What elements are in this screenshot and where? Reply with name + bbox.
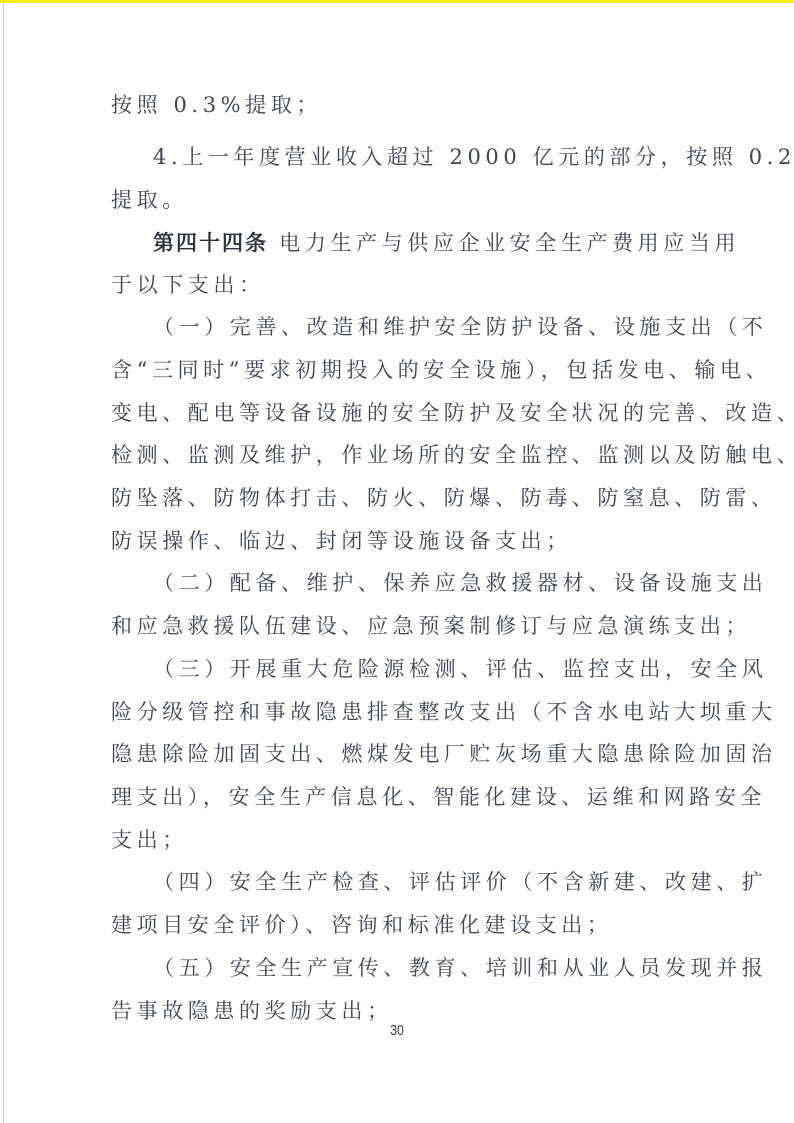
scan-top-edge [0, 0, 794, 3]
text-line: 防坠落、防物体打击、防火、防爆、防毒、防窒息、防雷、 [111, 483, 777, 513]
clause-3-line: （三）开展重大危险源检测、评估、监控支出，安全风 [153, 654, 767, 684]
text-line: 隐患除险加固支出、燃煤发电厂贮灰场重大隐患除险加固治 [111, 739, 777, 769]
text-line: 4.上一年度营业收入超过 2000 亿元的部分，按照 0.2% [153, 142, 794, 172]
text-line: 建项目安全评价）、咨询和标准化建设支出； [111, 910, 613, 940]
text-line: 和应急救援队伍建设、应急预案制修订与应急演练支出； [111, 611, 751, 641]
page-number: 30 [71, 1022, 722, 1039]
article-44-heading-line: 第四十四条 电力生产与供应企业安全生产费用应当用 [153, 228, 740, 258]
clause-4-line: （四）安全生产检查、评估评价（不含新建、改建、扩 [153, 867, 767, 897]
clause-2-line: （二）配备、维护、保养应急救援器材、设备设施支出 [153, 568, 767, 598]
article-text: 电力生产与供应企业安全生产费用应当用 [268, 231, 740, 255]
clause-5-line: （五）安全生产宣传、教育、培训和从业人员发现并报 [153, 953, 767, 983]
text-line: 变电、配电等设备设施的安全防护及安全状况的完善、改造、 [111, 398, 794, 428]
text-line: 于以下支出： [111, 270, 265, 300]
text-line: 险分级管控和事故隐患排查整改支出（不含水电站大坝重大 [111, 697, 777, 727]
article-number: 第四十四条 [153, 231, 268, 255]
text-line: 理支出），安全生产信息化、智能化建设、运维和网路安全 [111, 782, 766, 812]
scan-left-edge [3, 0, 4, 1123]
text-line: 支出； [111, 825, 188, 855]
text-line: 检测、监测及维护，作业场所的安全监控、监测以及防触电、 [111, 440, 794, 470]
text-line: 含“三同时”要求初期投入的安全设施），包括发电、输电、 [111, 355, 771, 385]
clause-1-line: （一）完善、改造和维护安全防护设备、设施支出（不 [153, 312, 767, 342]
text-line: 防误操作、临边、封闭等设施设备支出； [111, 526, 572, 556]
text-line: 提取。 [111, 185, 188, 215]
text-line: 按照 0.3%提取； [111, 90, 322, 120]
